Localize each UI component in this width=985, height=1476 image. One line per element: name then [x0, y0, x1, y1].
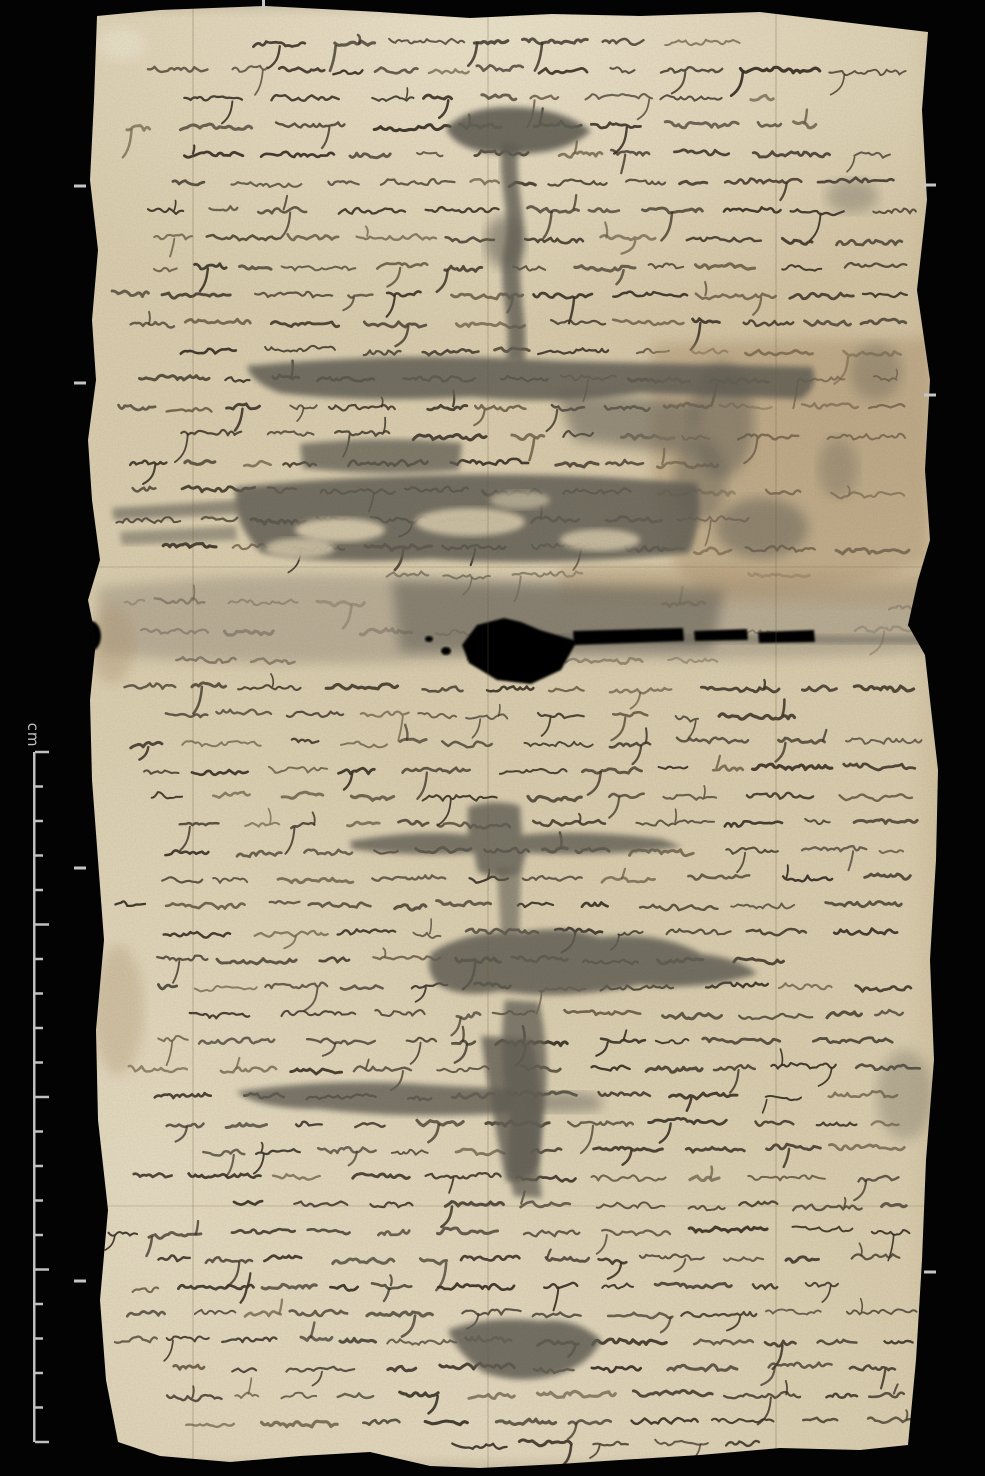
- handwriting-stroke: [562, 933, 576, 953]
- handwriting-stroke: [226, 1123, 266, 1127]
- handwriting-stroke: [660, 95, 721, 100]
- handwriting-stroke: [758, 1398, 771, 1425]
- handwriting-stroke: [269, 767, 328, 773]
- handwriting-stroke: [659, 767, 688, 769]
- handwriting-stroke: [805, 819, 830, 824]
- handwriting-stroke: [690, 1176, 719, 1181]
- stain-band-b-prong: [300, 439, 462, 473]
- handwriting-stroke: [429, 69, 469, 73]
- ruler-tick: [35, 1372, 43, 1375]
- handwriting-stroke: [523, 1026, 525, 1042]
- handwriting-stroke: [539, 68, 587, 73]
- handwriting-stroke: [317, 517, 346, 520]
- handwriting-stroke: [193, 1386, 194, 1397]
- handwriting-stroke: [530, 439, 535, 460]
- handwriting-stroke: [826, 902, 902, 907]
- handwriting-stroke: [834, 929, 897, 935]
- handwriting-stroke: [395, 905, 426, 910]
- handwriting-stroke: [882, 1204, 907, 1207]
- handwriting-stroke: [248, 1378, 251, 1394]
- text-line: [112, 282, 907, 323]
- handwriting-stroke: [424, 95, 452, 99]
- handwriting-stroke: [115, 1337, 157, 1343]
- handwriting-stroke: [782, 238, 812, 244]
- handwriting-stroke: [621, 434, 674, 439]
- handwriting-stroke: [665, 122, 738, 128]
- handwriting-stroke: [181, 124, 252, 130]
- handwriting-stroke: [173, 961, 179, 983]
- handwriting-stroke: [761, 1367, 775, 1385]
- handwriting-stroke: [565, 1010, 641, 1015]
- stain-band-a: [247, 357, 814, 400]
- handwriting-stroke: [674, 150, 728, 155]
- fold-crease: [0, 566, 985, 568]
- handwriting-stroke: [279, 67, 324, 72]
- handwriting-stroke: [423, 349, 479, 355]
- handwriting-stroke: [244, 461, 270, 466]
- text-line: [162, 865, 910, 883]
- handwriting-stroke: [290, 405, 316, 409]
- handwriting-stroke: [165, 850, 208, 855]
- handwriting-stroke: [369, 493, 374, 512]
- handwriting-stroke: [664, 403, 709, 408]
- handwriting-stroke: [500, 769, 567, 774]
- text-line: [125, 674, 914, 714]
- handwriting-stroke: [258, 207, 306, 213]
- handwriting-stroke: [617, 270, 624, 284]
- handwriting-stroke: [854, 686, 913, 692]
- handwriting-stroke: [798, 377, 845, 382]
- handwriting-stroke: [661, 1317, 671, 1332]
- handwriting-stroke: [663, 795, 716, 800]
- handwriting-stroke: [865, 874, 911, 879]
- handwriting-stroke: [268, 487, 296, 492]
- handwriting-stroke: [271, 322, 338, 327]
- tear-dot: [425, 636, 433, 642]
- handwriting-stroke: [834, 356, 848, 384]
- handwriting-stroke: [613, 292, 687, 297]
- handwriting-stroke: [213, 878, 247, 883]
- handwriting-stroke: [284, 936, 296, 948]
- handwriting-stroke: [304, 988, 318, 1011]
- handwriting-stroke: [338, 929, 396, 934]
- handwriting-stroke: [592, 1066, 630, 1071]
- handwriting-stroke: [417, 1120, 463, 1126]
- handwriting-stroke: [428, 405, 467, 410]
- handwriting-stroke: [331, 1285, 358, 1290]
- stains-overlay: [0, 0, 985, 1476]
- handwriting-stroke: [333, 70, 362, 74]
- handwriting-stroke: [763, 1100, 767, 1113]
- stain-neck: [497, 868, 521, 936]
- handwriting-stroke: [323, 1044, 336, 1056]
- handwriting-stroke: [776, 743, 786, 762]
- handwriting-stroke: [711, 384, 716, 406]
- handwriting-stroke: [456, 958, 500, 963]
- handwriting-stroke: [614, 128, 627, 154]
- handwriting-stroke: [837, 240, 902, 245]
- handwriting-stroke: [463, 579, 472, 595]
- handwriting-stroke: [823, 730, 826, 740]
- handwriting-stroke: [682, 436, 709, 440]
- handwriting-stroke: [744, 320, 794, 325]
- handwriting-stroke: [155, 1093, 211, 1098]
- handwriting-stroke: [372, 96, 413, 100]
- handwriting-stroke: [625, 546, 683, 551]
- handwriting-stroke: [262, 1421, 338, 1427]
- handwriting-stroke: [596, 1042, 607, 1056]
- handwritten-text-lines: [0, 0, 985, 1476]
- handwriting-stroke: [395, 549, 403, 570]
- handwriting-stroke: [475, 405, 525, 411]
- text-line: [164, 919, 897, 952]
- handwriting-stroke: [405, 487, 468, 492]
- handwriting-stroke: [446, 237, 494, 242]
- text-line: [154, 223, 902, 257]
- handwriting-stroke: [610, 67, 634, 73]
- text-line: [253, 35, 739, 71]
- handwriting-stroke: [658, 490, 734, 495]
- handwriting-stroke: [206, 1257, 252, 1262]
- handwriting-stroke: [844, 764, 915, 770]
- handwriting-stroke: [540, 109, 543, 124]
- handwriting-stroke: [531, 96, 559, 99]
- handwriting-stroke: [638, 99, 650, 119]
- handwriting-stroke: [779, 983, 832, 989]
- handwriting-stroke: [173, 181, 204, 185]
- handwriting-stroke: [705, 521, 710, 545]
- handwriting-stroke: [238, 685, 300, 690]
- handwriting-stroke: [190, 1013, 250, 1018]
- ruler-tick: [35, 1268, 49, 1271]
- stain-fold-crust: [98, 576, 930, 664]
- handwriting-stroke: [234, 1201, 262, 1205]
- handwriting-stroke: [582, 903, 608, 907]
- handwriting-stroke: [583, 960, 639, 965]
- handwriting-stroke: [894, 1384, 898, 1393]
- handwriting-stroke: [291, 361, 292, 377]
- handwriting-stroke: [686, 1147, 744, 1152]
- handwriting-stroke: [605, 406, 650, 411]
- text-line: [148, 195, 916, 240]
- handwriting-stroke: [854, 819, 917, 823]
- stain-fold-core: [392, 580, 724, 652]
- handwriting-stroke: [693, 319, 720, 323]
- handwriting-stroke: [509, 182, 535, 186]
- stain-band-b: [235, 475, 699, 562]
- handwriting-stroke: [291, 823, 314, 828]
- handwriting-stroke: [668, 658, 717, 663]
- handwriting-stroke: [467, 1314, 479, 1329]
- handwriting-stroke: [701, 687, 779, 692]
- fiducial-mark: [74, 185, 86, 188]
- handwriting-stroke: [496, 1040, 567, 1046]
- ruler-tick: [35, 923, 49, 926]
- handwriting-stroke: [474, 41, 507, 44]
- paper-patch: [295, 518, 385, 542]
- handwriting-stroke: [193, 586, 194, 601]
- handwriting-stroke: [675, 809, 676, 822]
- handwriting-stroke: [739, 1202, 777, 1207]
- handwriting-stroke: [264, 1256, 301, 1261]
- handwriting-stroke: [193, 687, 202, 714]
- handwriting-stroke: [178, 1285, 253, 1289]
- handwriting-stroke: [335, 41, 375, 45]
- handwriting-stroke: [174, 1365, 204, 1369]
- handwriting-stroke: [200, 268, 208, 291]
- handwriting-stroke: [805, 321, 851, 326]
- handwriting-stroke: [737, 853, 745, 872]
- handwriting-stroke: [472, 719, 480, 738]
- stain-vertical-streak-top: [501, 142, 526, 362]
- handwriting-stroke: [782, 265, 821, 271]
- handwriting-stroke: [602, 877, 655, 882]
- handwriting-stroke: [764, 680, 765, 689]
- handwriting-stroke: [148, 67, 208, 72]
- handwriting-stroke: [338, 1393, 374, 1398]
- handwriting-stroke: [170, 239, 174, 257]
- handwriting-stroke: [632, 1418, 698, 1424]
- handwriting-stroke: [442, 545, 505, 550]
- stain-cross-2-horizontal: [236, 1082, 512, 1115]
- handwriting-stroke: [457, 1013, 480, 1019]
- handwriting-stroke: [474, 410, 484, 425]
- handwriting-stroke: [507, 298, 512, 312]
- handwriting-stroke: [533, 820, 605, 826]
- text-line: [123, 109, 816, 158]
- handwriting-stroke: [544, 212, 552, 238]
- handwriting-stroke: [416, 847, 471, 852]
- handwriting-stroke: [452, 1093, 494, 1098]
- handwriting-stroke: [536, 991, 542, 1014]
- handwriting-stroke: [575, 141, 577, 153]
- handwriting-stroke: [164, 932, 230, 938]
- handwriting-stroke: [304, 850, 352, 855]
- handwriting-stroke: [861, 1299, 863, 1311]
- handwriting-stroke: [854, 152, 890, 158]
- handwriting-stroke: [402, 1316, 415, 1337]
- handwriting-stroke: [343, 298, 354, 311]
- handwriting-stroke: [662, 449, 664, 464]
- handwriting-stroke: [155, 598, 205, 603]
- handwriting-stroke: [538, 1391, 616, 1397]
- handwriting-stroke: [753, 1284, 777, 1289]
- handwriting-stroke: [133, 1287, 159, 1292]
- handwriting-stroke: [802, 846, 866, 851]
- handwriting-stroke: [498, 705, 499, 716]
- handwriting-stroke: [390, 1275, 391, 1285]
- text-line: [115, 1323, 913, 1369]
- handwriting-stroke: [621, 155, 625, 174]
- handwriting-stroke: [344, 773, 352, 790]
- handwriting-stroke: [720, 404, 772, 409]
- ruler-tick: [35, 1061, 43, 1064]
- handwriting-stroke: [725, 179, 801, 184]
- handwriting-stroke: [726, 848, 778, 854]
- handwriting-stroke: [579, 814, 580, 822]
- handwriting-stroke: [184, 152, 242, 157]
- handwriting-stroke: [597, 1235, 607, 1254]
- handwriting-stroke: [193, 146, 194, 154]
- stain-mottle: [690, 362, 754, 478]
- stain-band-a2: [556, 392, 702, 454]
- handwriting-stroke: [849, 851, 854, 870]
- handwriting-stroke: [677, 516, 748, 521]
- handwriting-stroke: [845, 263, 906, 268]
- handwriting-stroke: [240, 266, 271, 269]
- handwriting-stroke: [329, 405, 395, 410]
- stain-left-edge-1: [92, 945, 144, 1075]
- handwriting-stroke: [655, 1440, 708, 1446]
- handwriting-stroke: [400, 1392, 438, 1396]
- handwriting-stroke: [831, 492, 904, 498]
- handwriting-stroke: [538, 348, 608, 354]
- handwriting-stroke: [363, 1420, 399, 1425]
- handwriting-stroke: [496, 1419, 555, 1424]
- handwriting-stroke: [144, 770, 179, 774]
- handwriting-stroke: [844, 351, 901, 356]
- handwriting-stroke: [461, 1256, 519, 1260]
- handwriting-stroke: [711, 1167, 712, 1177]
- stain-splotch: [429, 929, 757, 995]
- handwriting-stroke: [748, 1175, 825, 1180]
- fiducial-mark: [74, 867, 86, 870]
- handwriting-stroke: [591, 123, 640, 128]
- handwriting-stroke: [661, 67, 722, 72]
- handwriting-stroke: [309, 903, 371, 908]
- handwriting-stroke: [182, 741, 260, 746]
- handwriting-stroke: [407, 1038, 436, 1042]
- handwriting-stroke: [262, 1284, 316, 1288]
- handwriting-stroke: [436, 1263, 446, 1290]
- text-line: [175, 418, 905, 464]
- handwriting-stroke: [601, 985, 674, 990]
- paper-patch: [265, 538, 335, 558]
- handwriting-stroke: [420, 1259, 446, 1264]
- ruler-tick: [35, 889, 43, 892]
- handwriting-stroke: [313, 812, 315, 824]
- handwriting-stroke: [412, 983, 448, 988]
- handwriting-stroke: [688, 875, 749, 880]
- handwriting-stroke: [599, 1259, 627, 1264]
- handwriting-stroke: [116, 517, 180, 523]
- handwriting-stroke: [466, 1336, 512, 1342]
- handwriting-stroke: [802, 686, 836, 691]
- text-line: [157, 948, 783, 989]
- handwriting-stroke: [372, 1283, 411, 1289]
- text-line: [131, 312, 906, 350]
- handwriting-stroke: [521, 1191, 525, 1203]
- handwriting-stroke: [747, 793, 813, 799]
- handwriting-stroke: [753, 298, 761, 315]
- handwriting-stroke: [140, 375, 210, 380]
- handwriting-stroke: [348, 295, 372, 298]
- handwriting-stroke: [592, 1175, 666, 1181]
- handwriting-stroke: [668, 1365, 737, 1371]
- handwriting-stroke: [158, 1255, 189, 1261]
- handwriting-stroke: [726, 1441, 759, 1446]
- handwriting-stroke: [687, 1098, 692, 1111]
- handwriting-stroke: [731, 903, 794, 908]
- handwriting-stroke: [350, 153, 390, 158]
- handwriting-stroke: [618, 931, 642, 935]
- handwriting-stroke: [366, 1060, 369, 1069]
- handwriting-stroke: [730, 1070, 739, 1093]
- handwriting-stroke: [235, 1393, 258, 1398]
- paper-patch: [560, 529, 640, 551]
- handwriting-stroke: [184, 96, 242, 100]
- handwriting-stroke: [563, 431, 593, 437]
- handwriting-stroke: [192, 683, 226, 687]
- handwriting-stroke: [251, 519, 305, 524]
- handwriting-stroke: [724, 207, 781, 212]
- handwriting-stroke: [245, 823, 279, 827]
- handwriting-stroke: [438, 1228, 498, 1234]
- handwriting-stroke: [339, 768, 375, 774]
- text-line: [184, 141, 890, 173]
- handwriting-stroke: [425, 1421, 467, 1425]
- handwriting-stroke: [828, 434, 906, 440]
- handwriting-stroke: [374, 850, 397, 853]
- handwriting-stroke: [157, 956, 207, 961]
- handwriting-stroke: [225, 377, 249, 382]
- handwriting-stroke: [533, 1312, 581, 1317]
- handwriting-stroke: [655, 1283, 731, 1288]
- paper-patch: [490, 491, 550, 509]
- handwriting-stroke: [469, 1393, 514, 1398]
- handwriting-stroke: [438, 517, 505, 523]
- stain-bottom-blob: [448, 1319, 601, 1379]
- handwriting-stroke: [611, 150, 649, 155]
- handwriting-stroke: [167, 408, 212, 412]
- handwriting-stroke: [283, 462, 316, 466]
- handwriting-stroke: [396, 326, 409, 346]
- pale-spot: [98, 27, 146, 61]
- handwriting-stroke: [488, 869, 490, 879]
- handwriting-stroke: [343, 435, 350, 457]
- handwriting-stroke: [606, 460, 643, 465]
- handwriting-stroke: [818, 178, 893, 183]
- handwriting-stroke: [803, 1418, 837, 1423]
- handwriting-stroke: [810, 214, 821, 241]
- handwriting-stroke: [663, 1013, 722, 1019]
- handwriting-stroke: [231, 182, 301, 187]
- handwriting-stroke: [294, 545, 344, 551]
- handwriting-stroke: [881, 1370, 885, 1389]
- handwriting-stroke: [278, 878, 353, 883]
- handwriting-stroke: [322, 127, 329, 148]
- fold-crease: [487, 0, 489, 1476]
- handwriting-stroke: [861, 319, 906, 324]
- handwriting-stroke: [636, 820, 714, 825]
- handwriting-stroke: [696, 264, 755, 269]
- stain-crease-line: [556, 634, 930, 644]
- handwriting-stroke: [486, 1121, 549, 1127]
- handwriting-stroke: [556, 462, 598, 467]
- handwriting-stroke: [282, 266, 356, 270]
- handwriting-stroke: [349, 1152, 357, 1165]
- handwriting-stroke: [783, 700, 785, 716]
- handwriting-stroke: [540, 505, 541, 518]
- handwriting-stroke: [524, 742, 592, 747]
- handwriting-stroke: [885, 1341, 913, 1344]
- handwriting-stroke: [437, 1066, 489, 1072]
- handwriting-stroke: [869, 1393, 904, 1398]
- handwriting-stroke: [554, 1287, 559, 1310]
- handwriting-stroke: [896, 370, 897, 378]
- handwriting-stroke: [525, 238, 583, 243]
- handwriting-stroke: [734, 958, 784, 964]
